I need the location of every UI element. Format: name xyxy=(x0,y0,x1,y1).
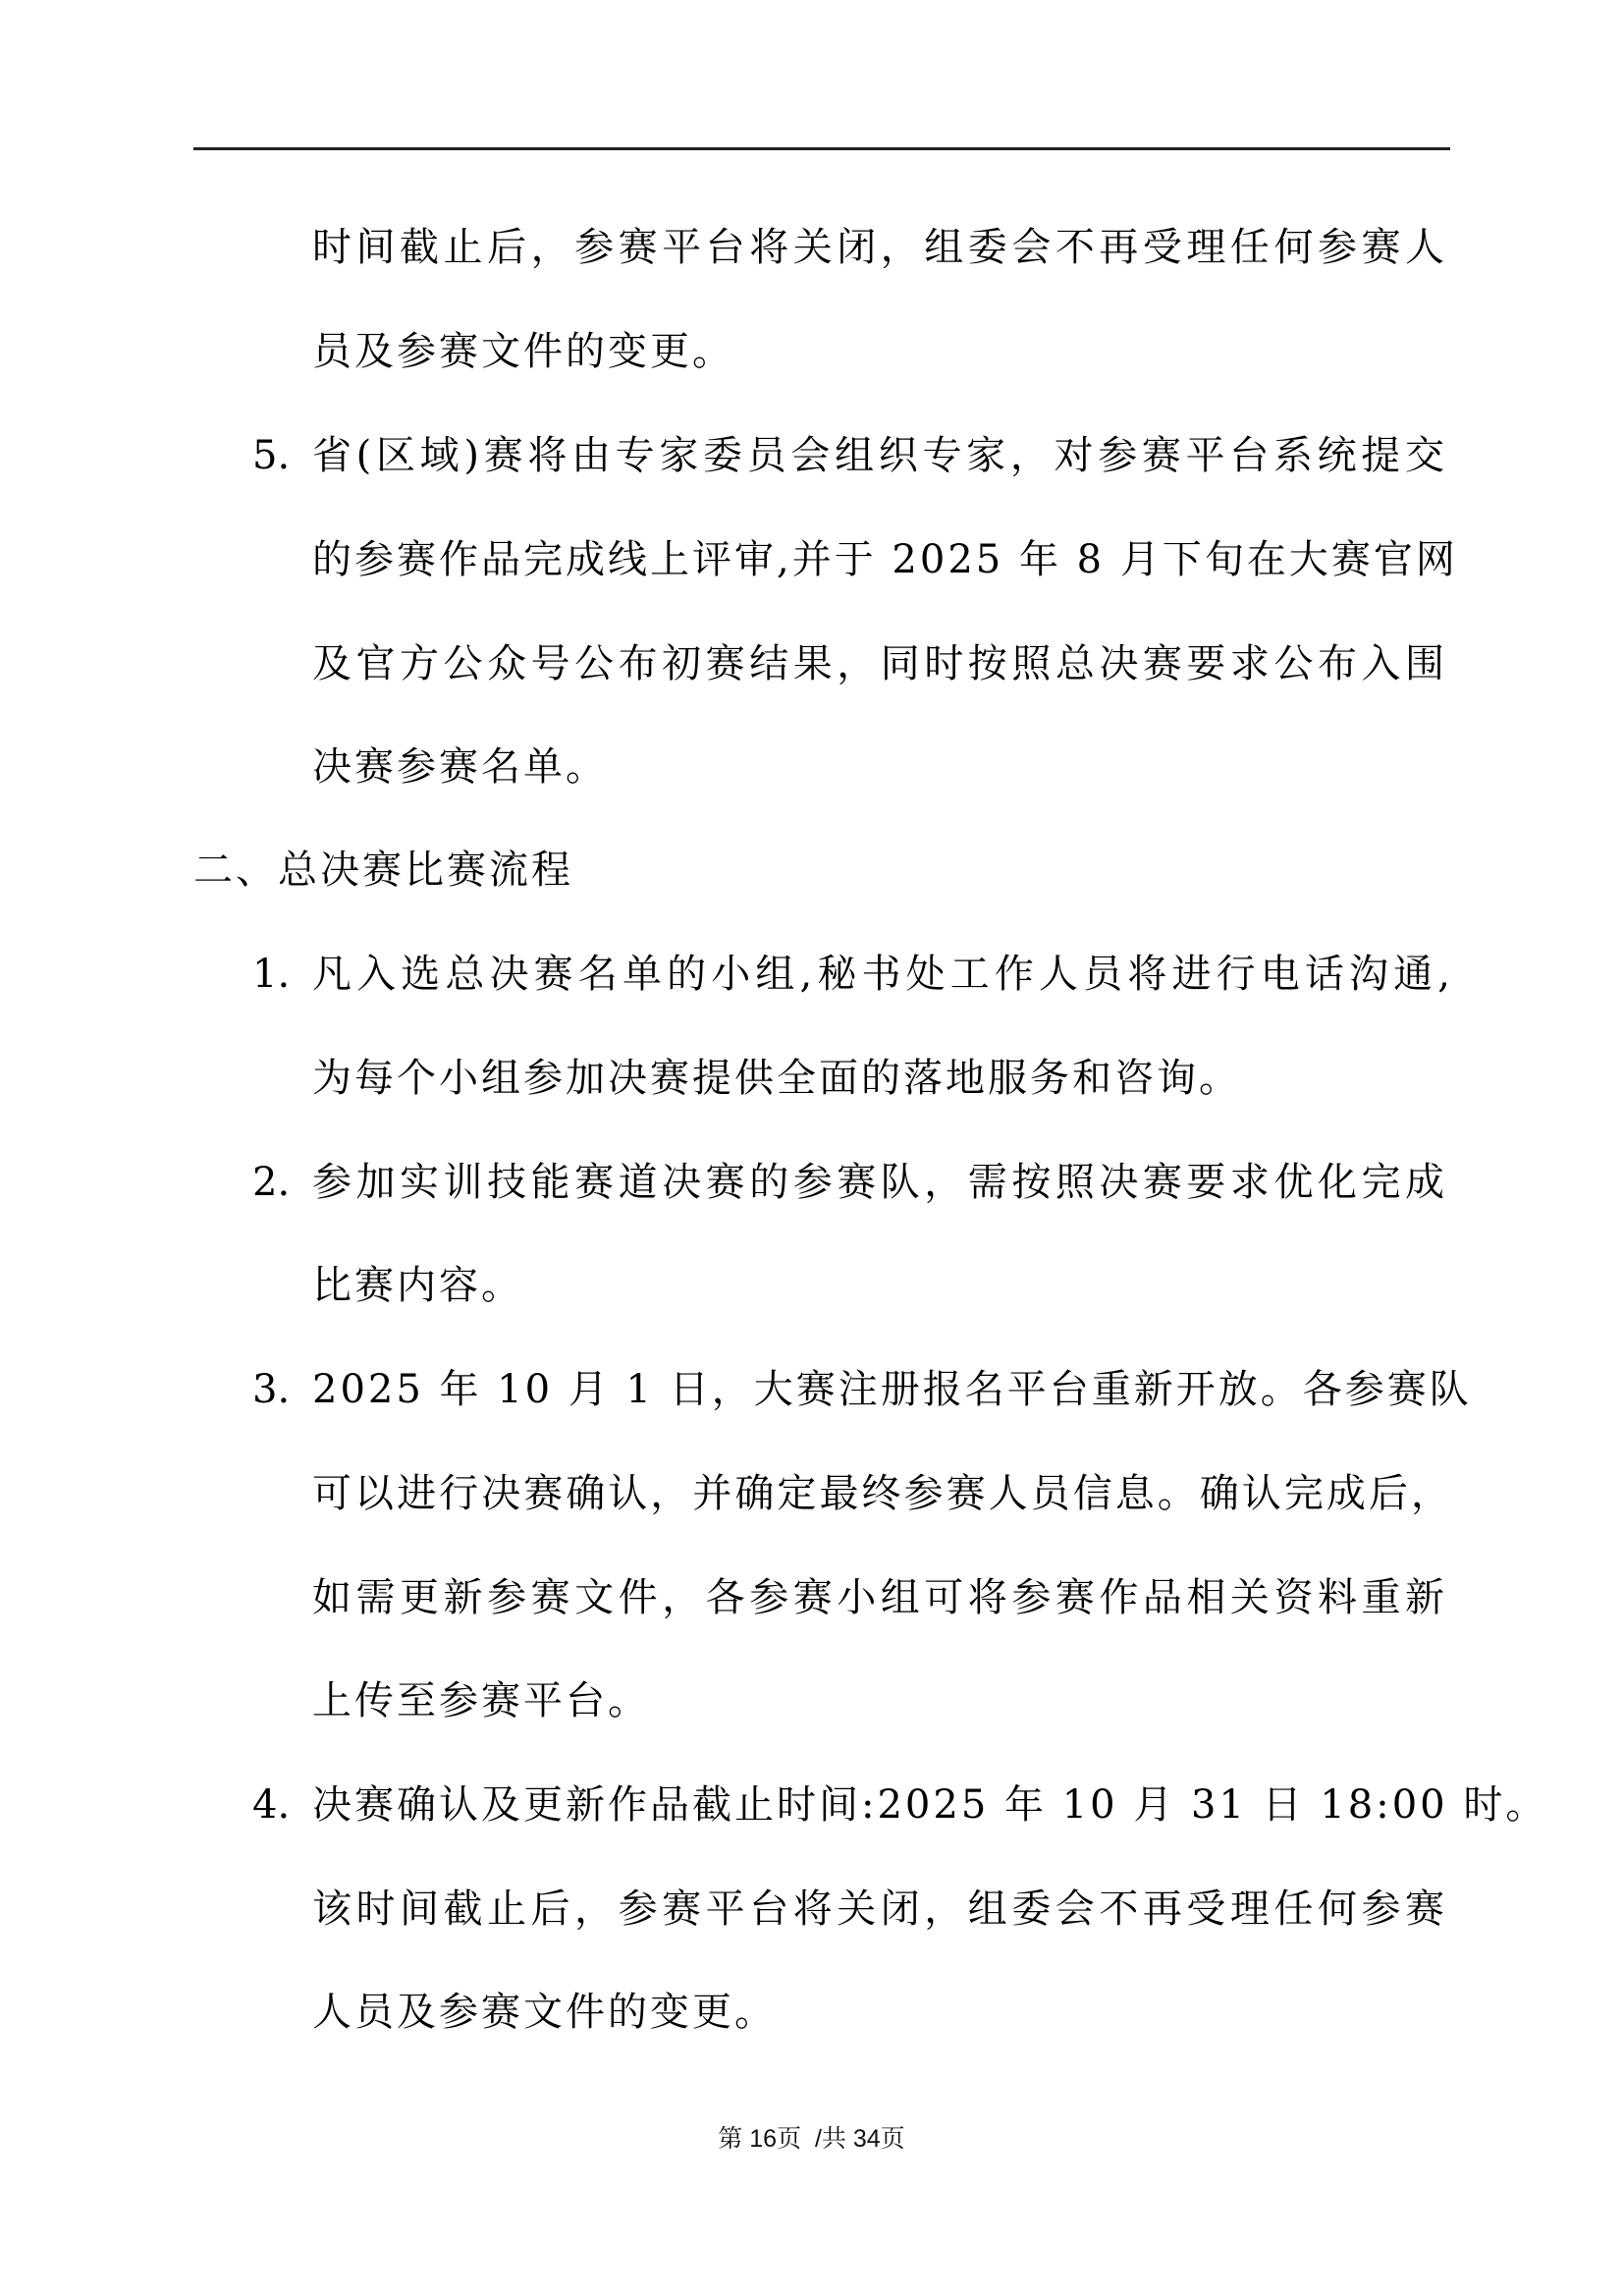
page-footer: 第 16页 /共 34页 xyxy=(0,2124,1623,2154)
text-line: 参加实训技能赛道决赛的参赛队，需按照决赛要求优化完成 xyxy=(312,1159,1447,1206)
list-number: 3. xyxy=(252,1366,290,1413)
list-number: 2. xyxy=(252,1159,290,1206)
total-pages-number: 34 xyxy=(853,2125,881,2153)
text-line: 的参赛作品完成线上评审,并于 2025 年 8 月下旬在大赛官网 xyxy=(312,536,1447,583)
text-line: 及官方公众号公布初赛结果，同时按照总决赛要求公布入围 xyxy=(312,640,1447,687)
header-rule xyxy=(193,147,1450,150)
list-number: 5. xyxy=(252,432,290,479)
text-line: 上传至参赛平台。 xyxy=(312,1677,650,1724)
text-line: 2025 年 10 月 1 日，大赛注册报名平台重新开放。各参赛队 xyxy=(312,1366,1447,1413)
text-line: 人员及参赛文件的变更。 xyxy=(312,1989,777,2036)
text-line: 省(区域)赛将由专家委员会组织专家，对参赛平台系统提交 xyxy=(312,432,1447,479)
text-line: 员及参赛文件的变更。 xyxy=(312,328,734,375)
text-line: 凡入选总决赛名单的小组,秘书处工作人员将进行电话沟通, xyxy=(312,951,1453,998)
text-line: 时间截止后，参赛平台将关闭，组委会不再受理任何参赛人 xyxy=(312,224,1447,271)
page-label-suffix: 页 xyxy=(881,2125,905,2153)
text-line: 决赛参赛名单。 xyxy=(312,743,608,791)
text-line: 该时间截止后，参赛平台将关闭，组委会不再受理任何参赛 xyxy=(312,1886,1447,1933)
text-line: 决赛确认及更新作品截止时间:2025 年 10 月 31 日 18:00 时。 xyxy=(312,1781,1453,1829)
list-number: 4. xyxy=(252,1781,290,1829)
text-line: 为每个小组参加决赛提供全面的落地服务和咨询。 xyxy=(312,1055,1241,1102)
current-page-number: 16 xyxy=(749,2125,777,2153)
page-label-mid: 页 /共 xyxy=(777,2125,853,2153)
list-number: 1. xyxy=(252,951,290,998)
page-label-prefix: 第 xyxy=(718,2125,749,2153)
section-heading: 二、总决赛比赛流程 xyxy=(193,847,573,894)
text-line: 比赛内容。 xyxy=(312,1262,523,1309)
text-line: 可以进行决赛确认，并确定最终参赛人员信息。确认完成后， xyxy=(312,1470,1453,1517)
text-line: 如需更新参赛文件，各参赛小组可将参赛作品相关资料重新 xyxy=(312,1574,1447,1621)
